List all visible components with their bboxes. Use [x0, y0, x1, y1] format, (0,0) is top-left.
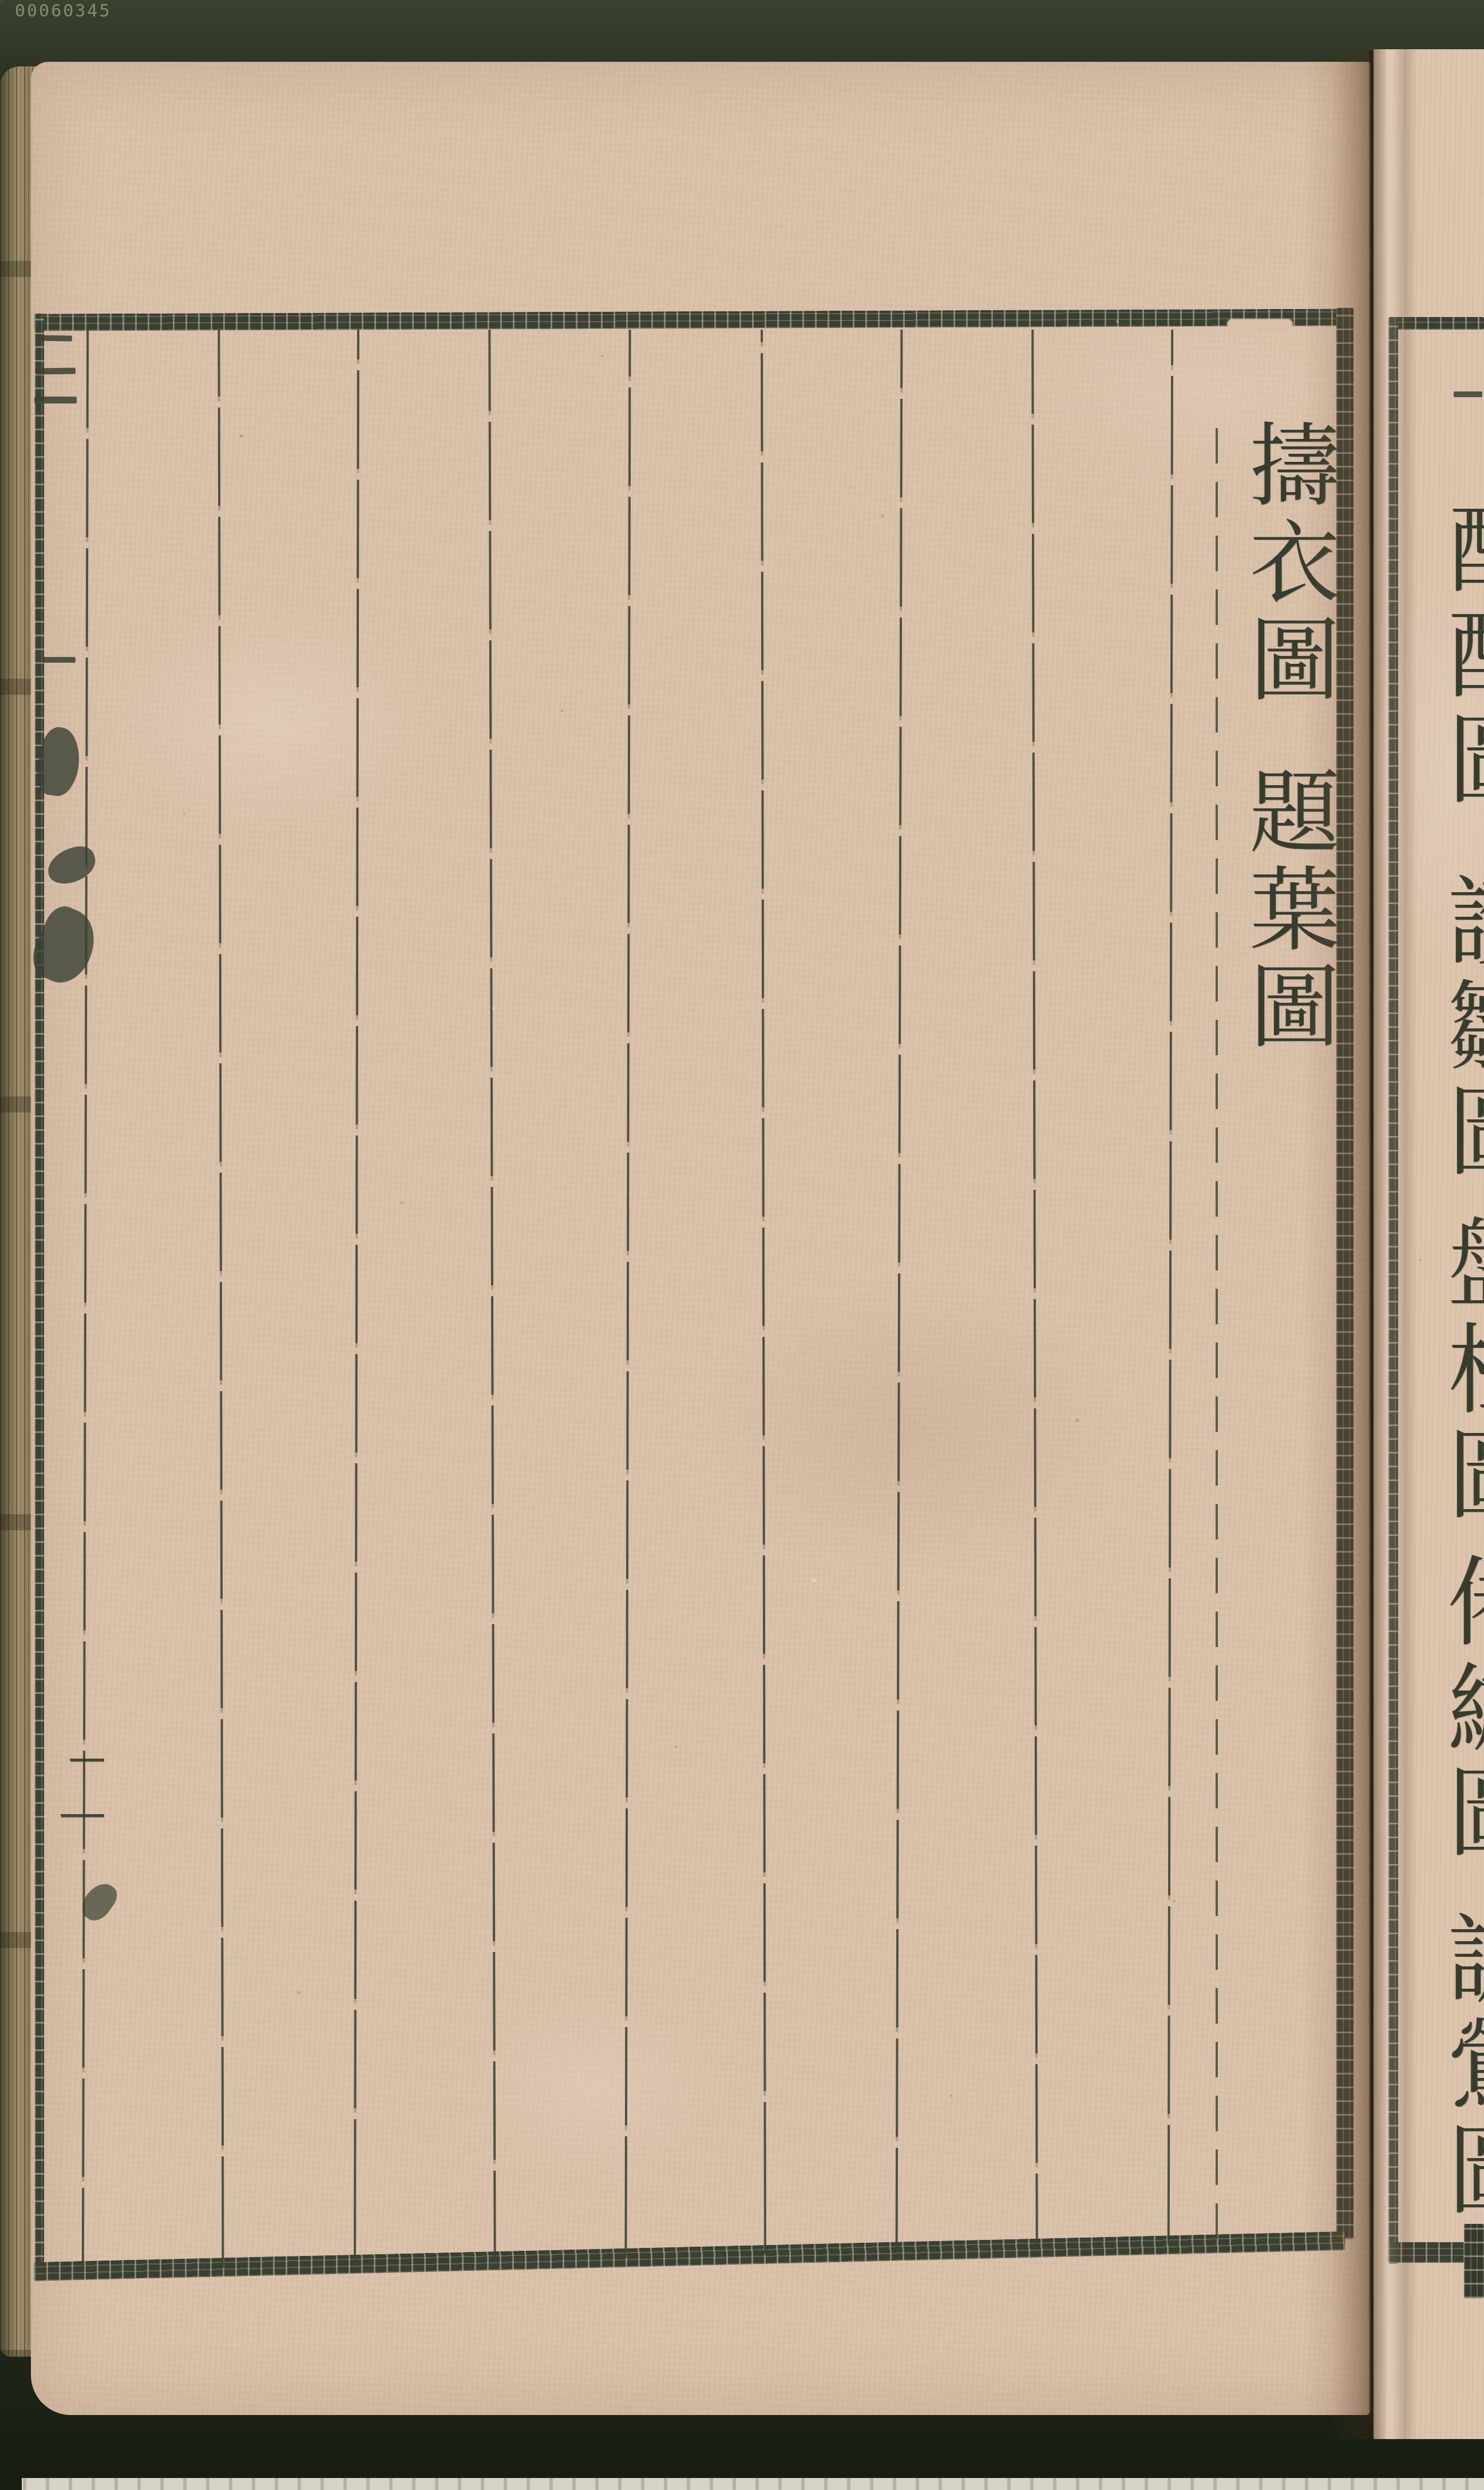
ink-fragment	[35, 367, 76, 374]
paper-speckles	[0, 0, 2, 2]
right-page-title-4: 倦繡圖	[1410, 1551, 1484, 1867]
printed-frame-void	[1227, 319, 1293, 330]
right-page-title-2: 護雛圖	[1410, 870, 1484, 1186]
column-rule	[488, 330, 496, 2261]
printed-frame-left	[35, 314, 44, 2271]
column-rule	[624, 330, 631, 2258]
printed-frame-top	[34, 309, 1345, 331]
folio-number-glyph: 二	[47, 1736, 104, 1836]
right-page-frame-corner	[1464, 2224, 1484, 2298]
column-rule	[1168, 330, 1173, 2244]
ink-fragment	[37, 335, 72, 341]
right-page: 酩酊圖 護雛圖 盤桓圖 倦繡圖 調鶯圖	[1374, 49, 1484, 2439]
scan-id-number: 00060345	[15, 1, 112, 21]
left-page: 擣衣圖 題葉圖 二	[31, 62, 1371, 2415]
left-page-title-2: 題葉圖	[1234, 765, 1332, 1056]
column-rule	[354, 330, 359, 2265]
right-page-frame-left	[1388, 317, 1398, 2264]
ink-fragment	[42, 657, 76, 663]
column-rule	[896, 330, 903, 2251]
printed-frame-bottom	[34, 2231, 1346, 2281]
ink-fragment	[34, 397, 77, 403]
column-rule	[1031, 330, 1038, 2247]
book-scan-spread: 00060345 擣衣圖 題葉圖 二	[0, 0, 1484, 2490]
column-rule	[82, 330, 89, 2271]
right-page-title-5: 調鶯圖	[1410, 1909, 1484, 2224]
column-rule	[761, 330, 766, 2254]
column-rule	[217, 330, 224, 2268]
scanner-edge-strip-dark	[0, 2478, 22, 2490]
left-page-title-1: 擣衣圖	[1234, 418, 1332, 710]
ink-fragment	[1454, 391, 1482, 397]
right-page-title-3: 盤桓圖	[1410, 1213, 1484, 1529]
right-page-frame-top	[1390, 317, 1484, 330]
right-page-title-1: 酩酊圖	[1410, 498, 1484, 814]
scanner-edge-strip	[0, 2478, 1484, 2490]
ink-smudge	[43, 842, 100, 889]
title-column-rule	[1216, 428, 1218, 2241]
